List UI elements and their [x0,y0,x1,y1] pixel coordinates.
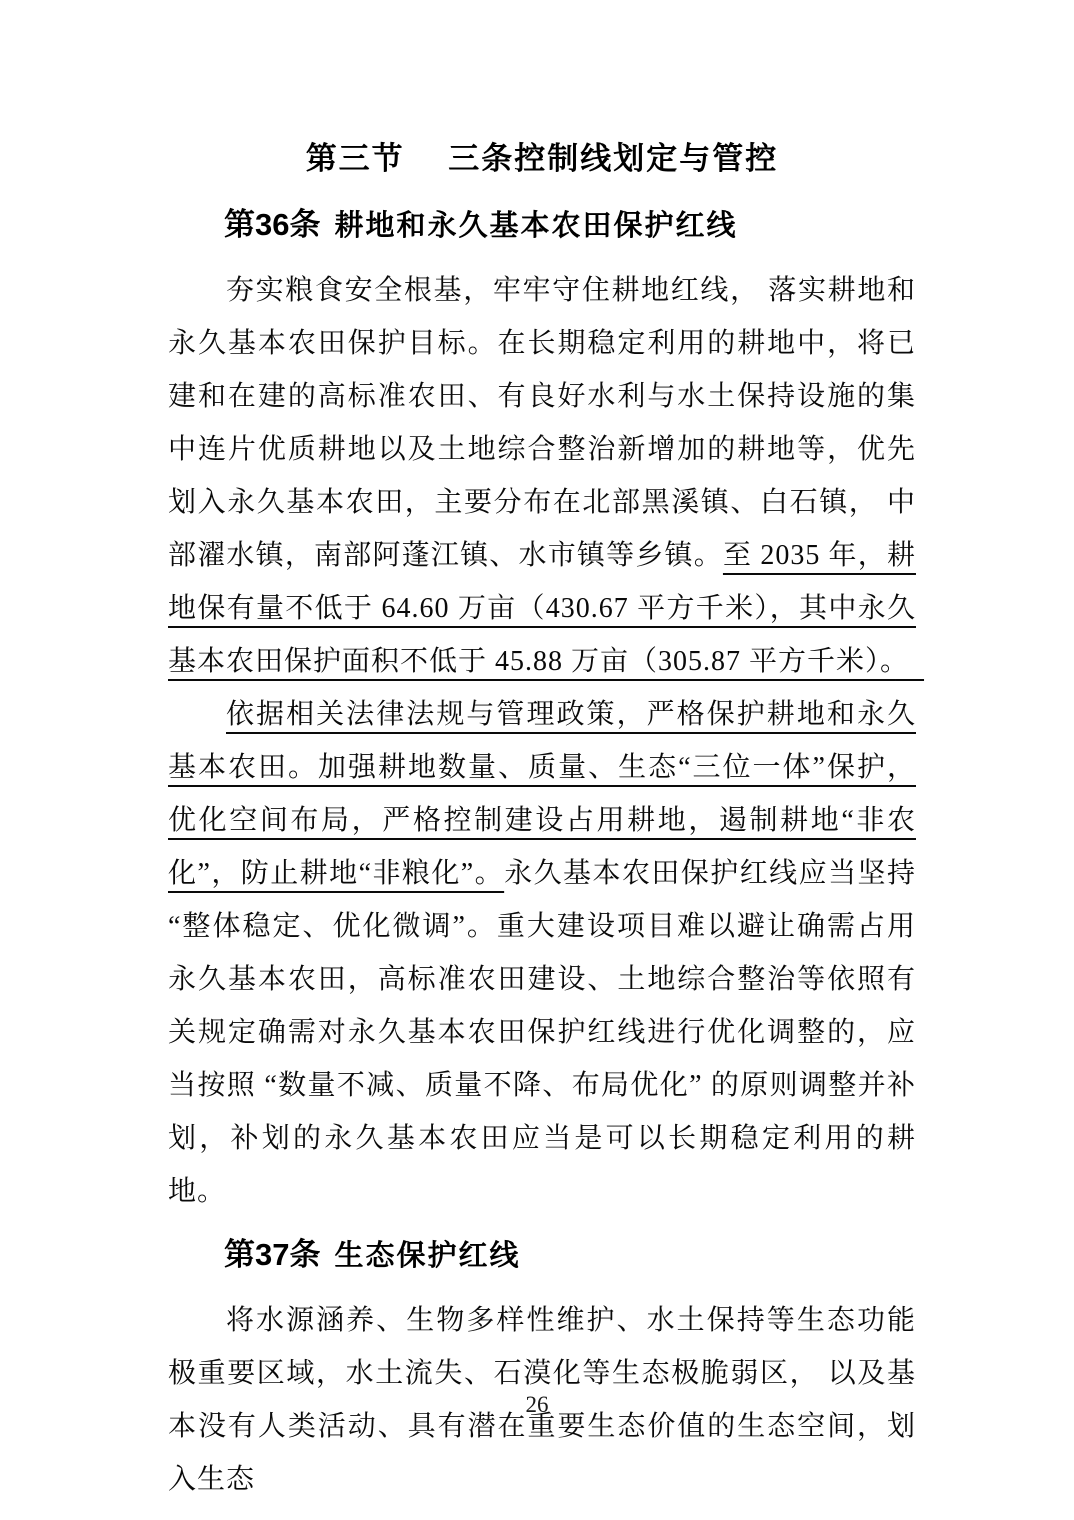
article-number: 第37条 [224,1237,320,1272]
article-heading: 第36条耕地和永久基本农田保护红线 [168,200,916,256]
body-text: 永久基本农田保护红线应当坚持 “整体稳定、优化微调”。重大建设项目难以避让确需占… [168,858,916,1207]
document-content: 第三节 三条控制线划定与管控 第36条耕地和永久基本农田保护红线夯实粮食安全根基… [168,136,916,1506]
paragraph: 夯实粮食安全根基，牢牢守住耕地红线， 落实耕地和永久基本农田保护目标。在长期稳定… [168,264,916,688]
article-list: 第36条耕地和永久基本农田保护红线夯实粮食安全根基，牢牢守住耕地红线， 落实耕地… [168,200,916,1506]
page-number: 26 [0,1392,1074,1418]
paragraph: 依据相关法律法规与管理政策，严格保护耕地和永久基本农田。加强耕地数量、质量、生态… [168,688,916,1218]
article-number: 第36条 [224,207,320,242]
article-title: 耕地和永久基本农田保护红线 [334,210,737,242]
document-page: 第三节 三条控制线划定与管控 第36条耕地和永久基本农田保护红线夯实粮食安全根基… [0,0,1074,1520]
section-title: 第三节 三条控制线划定与管控 [168,136,916,182]
article-title: 生态保护红线 [334,1240,520,1272]
article-heading: 第37条生态保护红线 [168,1230,916,1286]
body-text: 夯实粮食安全根基，牢牢守住耕地红线， 落实耕地和永久基本农田保护目标。在长期稳定… [168,275,916,571]
